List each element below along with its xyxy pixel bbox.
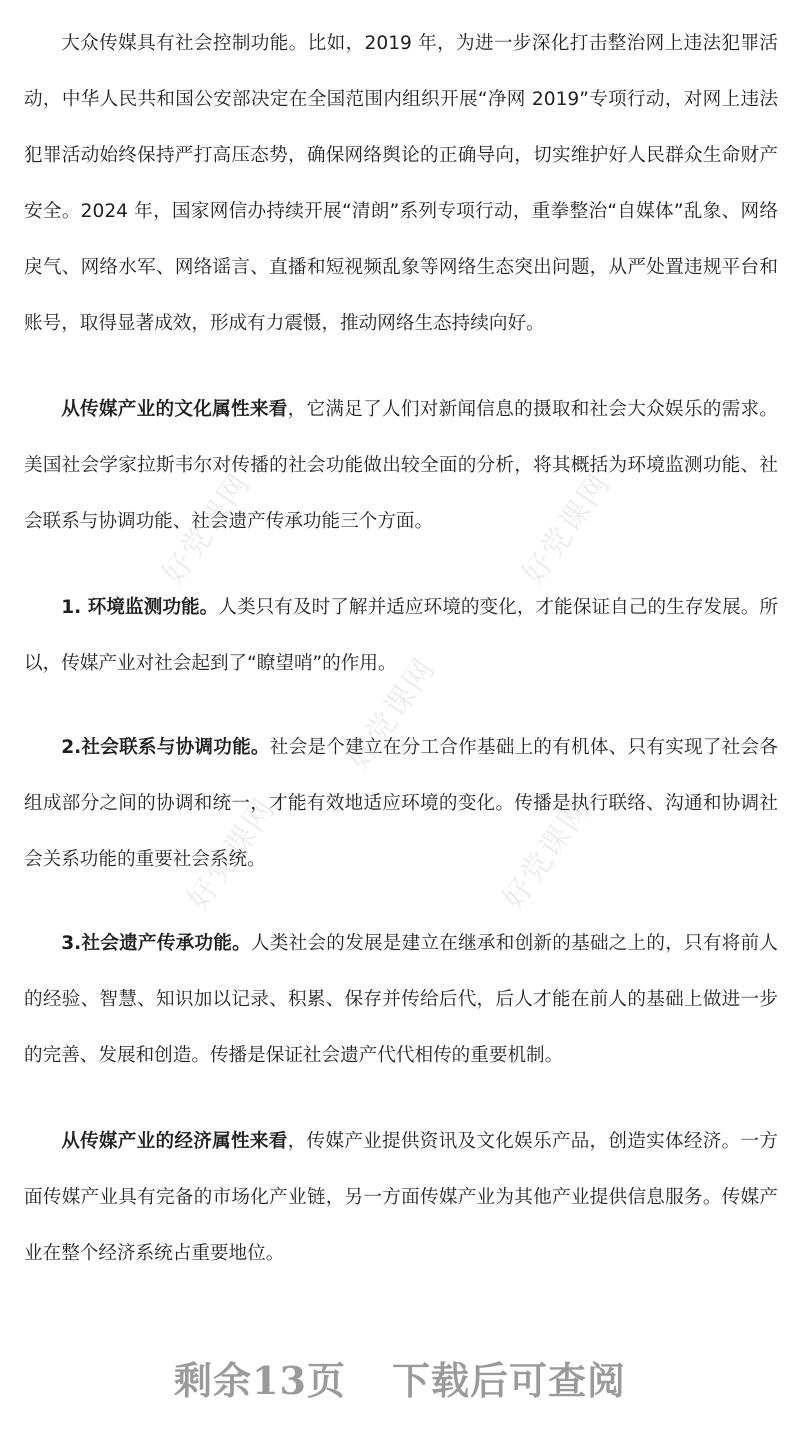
paragraph-cultural-attribute: 从传媒产业的文化属性来看，它满足了人们对新闻信息的摄取和社会大众娱乐的需求。美国… <box>24 382 778 550</box>
paragraph-bold-lead: 1. 环境监测功能。 <box>61 597 218 618</box>
download-to-view-label[interactable]: 下载后可查阅 <box>392 1358 626 1403</box>
paragraph-social-control: 大众传媒具有社会控制功能。比如，2019 年，为进一步深化打击整治网上违法犯罪活… <box>24 16 778 352</box>
remaining-pages-label[interactable]: 剩余13页 <box>174 1358 346 1403</box>
paragraph-bold-lead: 从传媒产业的经济属性来看 <box>61 1131 287 1152</box>
download-prompt-banner[interactable]: 剩余13页下载后可查阅 <box>0 1350 800 1405</box>
paragraph-social-coordination: 2.社会联系与协调功能。社会是个建立在分工合作基础上的有机体、只有实现了社会各组… <box>24 720 778 888</box>
paragraph-heritage-transmission: 3.社会遗产传承功能。人类社会的发展是建立在继承和创新的基础之上的，只有将前人的… <box>24 916 778 1084</box>
paragraph-bold-lead: 从传媒产业的文化属性来看 <box>61 399 287 420</box>
paragraph-economic-attribute: 从传媒产业的经济属性来看，传媒产业提供资讯及文化娱乐产品，创造实体经济。一方面传… <box>24 1114 778 1282</box>
paragraph-bold-lead: 2.社会联系与协调功能。 <box>61 737 270 758</box>
paragraph-environment-monitoring: 1. 环境监测功能。人类只有及时了解并适应环境的变化，才能保证自己的生存发展。所… <box>24 580 778 692</box>
paragraph-bold-lead: 3.社会遗产传承功能。 <box>61 933 251 954</box>
paragraph-text: 大众传媒具有社会控制功能。比如，2019 年，为进一步深化打击整治网上违法犯罪活… <box>24 33 778 334</box>
